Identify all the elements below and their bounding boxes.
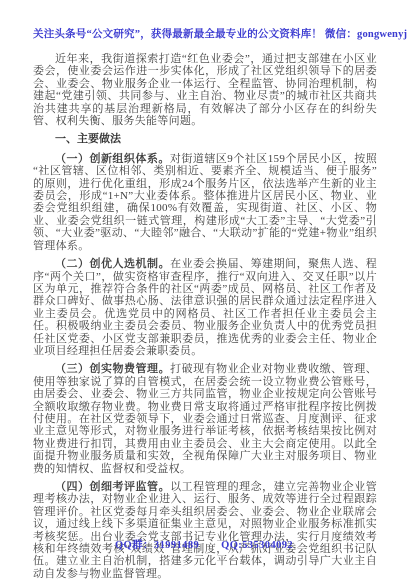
section-paragraph-2: （二）创优人选机制。在业委会换届、筹建期间，聚焦人选、程序“两个关口”，做实资格… — [33, 258, 377, 357]
intro-paragraph: 近年来，我街道探索打造“红色业委会”，通过把支部建在小区业委会，使业委会运作进一… — [33, 53, 377, 127]
section-heading-main: 一、主要做法 — [33, 133, 377, 145]
promo-header-notice: 关注头条号“公文研究”，获得最新最全最专业的公文资料库！ 微信：gongweny… — [33, 26, 377, 41]
qq-number: QQ:535304092 — [221, 540, 293, 551]
section-paragraph-3: （三）创实物费管理。打破现有物业企业对物业费收缴、管理、使用等独家说了算的自管模… — [33, 363, 377, 475]
section-paragraph-4: （四）创细考评监管。以工程管理的理念，建立完善物业企业管理考核办法，对物业企业进… — [33, 481, 377, 580]
section-1-text: 对街道辖区9个社区159个居民小区，按照“社区管辖、区位相邻、类别相近、要素齐全… — [33, 153, 377, 252]
section-3-lead: （三）创实物费管理。 — [55, 363, 170, 375]
section-2-text: 在业委会换届、筹建期间，聚焦人选、程序“两个关口”，做实资格审查程序，推行“双向… — [33, 258, 377, 357]
contact-footer: QQ群：31991489QQ:535304092 — [0, 537, 408, 552]
qq-group-number: QQ群：31991489 — [115, 540, 199, 551]
section-2-lead: （二）创优人选机制。 — [55, 258, 170, 270]
document-body: 近年来，我街道探索打造“红色业委会”，通过把支部建在小区业委会，使业委会运作进一… — [33, 53, 377, 580]
section-4-text: 以工程管理的理念，建立完善物业企业管理考核办法，对物业企业进入、运行、服务、成效… — [33, 481, 377, 580]
section-3-text: 打破现有物业企业对物业费收缴、管理、使用等独家说了算的自管模式，在居委会统一设立… — [33, 363, 377, 474]
document-page: 关注头条号“公文研究”，获得最新最全最专业的公文资料库！ 微信：gongweny… — [0, 0, 408, 580]
section-1-lead: （一）创新组织体系。 — [55, 153, 170, 165]
section-4-lead: （四）创细考评监管。 — [55, 481, 170, 493]
section-paragraph-1: （一）创新组织体系。对街道辖区9个社区159个居民小区，按照“社区管辖、区位相邻… — [33, 153, 377, 252]
